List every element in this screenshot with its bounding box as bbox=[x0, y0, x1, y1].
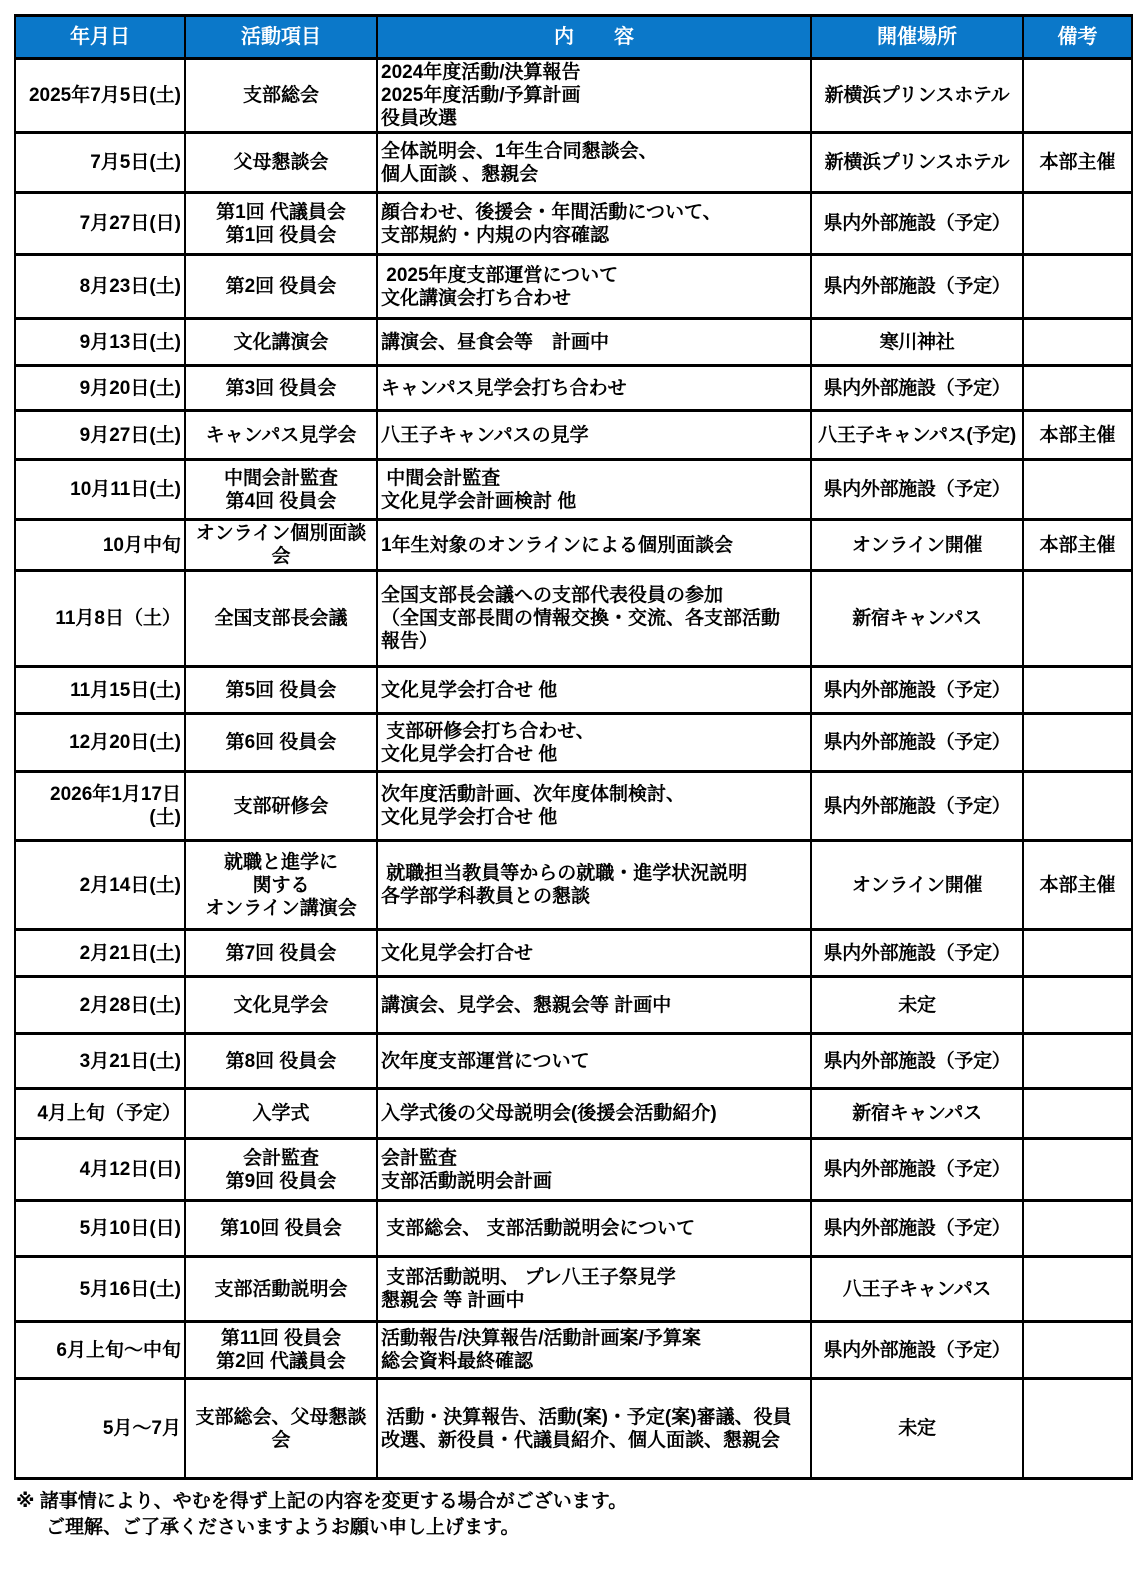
date-cell: 10月中旬 bbox=[15, 520, 185, 571]
activity-cell: 第10回 役員会 bbox=[185, 1201, 377, 1257]
table-row: 5月16日(土)支部活動説明会 支部活動説明、 プレ八王子祭見学 懇親会 等 計… bbox=[15, 1257, 1132, 1322]
content-cell: 講演会、昼食会等 計画中 bbox=[377, 319, 811, 366]
note-cell: 本部主催 bbox=[1023, 133, 1132, 193]
venue-cell: 県内外部施設（予定） bbox=[811, 1139, 1023, 1201]
note-cell bbox=[1023, 714, 1132, 772]
note-cell bbox=[1023, 667, 1132, 714]
note-cell bbox=[1023, 1379, 1132, 1479]
note-cell bbox=[1023, 1257, 1132, 1322]
content-cell: 講演会、見学会、懇親会等 計画中 bbox=[377, 977, 811, 1034]
date-cell: 3月21日(土) bbox=[15, 1034, 185, 1089]
venue-cell: 県内外部施設（予定） bbox=[811, 1034, 1023, 1089]
activity-cell: 支部研修会 bbox=[185, 772, 377, 841]
venue-cell: オンライン開催 bbox=[811, 520, 1023, 571]
venue-cell: オンライン開催 bbox=[811, 841, 1023, 930]
col-header-note: 備考 bbox=[1023, 16, 1132, 59]
venue-cell: 新横浜プリンスホテル bbox=[811, 133, 1023, 193]
note-cell: 本部主催 bbox=[1023, 411, 1132, 460]
note-cell bbox=[1023, 59, 1132, 133]
venue-cell: 新宿キャンパス bbox=[811, 1089, 1023, 1139]
date-cell: 7月27日(日) bbox=[15, 193, 185, 255]
note-cell bbox=[1023, 772, 1132, 841]
date-cell: 11月15日(土) bbox=[15, 667, 185, 714]
content-cell: 顔合わせ、後援会・年間活動について、 支部規約・内規の内容確認 bbox=[377, 193, 811, 255]
table-row: 9月27日(土)キャンパス見学会八王子キャンパスの見学八王子キャンパス(予定)本… bbox=[15, 411, 1132, 460]
note-cell bbox=[1023, 366, 1132, 411]
activity-cell: オンライン個別面談会 bbox=[185, 520, 377, 571]
date-cell: 6月上旬～中旬 bbox=[15, 1322, 185, 1379]
date-cell: 7月5日(土) bbox=[15, 133, 185, 193]
table-body: 2025年7月5日(土)支部総会2024年度活動/決算報告 2025年度活動/予… bbox=[15, 59, 1132, 1479]
venue-cell: 県内外部施設（予定） bbox=[811, 1201, 1023, 1257]
content-cell: 1年生対象のオンラインによる個別面談会 bbox=[377, 520, 811, 571]
table-row: 2月14日(土)就職と進学に 関する オンライン講演会 就職担当教員等からの就職… bbox=[15, 841, 1132, 930]
venue-cell: 県内外部施設（予定） bbox=[811, 366, 1023, 411]
activity-cell: 父母懇談会 bbox=[185, 133, 377, 193]
table-row: 10月11日(土)中間会計監査 第4回 役員会 中間会計監査 文化見学会計画検討… bbox=[15, 460, 1132, 520]
activity-cell: 就職と進学に 関する オンライン講演会 bbox=[185, 841, 377, 930]
activity-cell: 第7回 役員会 bbox=[185, 930, 377, 977]
table-row: 3月21日(土)第8回 役員会次年度支部運営について県内外部施設（予定） bbox=[15, 1034, 1132, 1089]
content-cell: 2025年度支部運営について 文化講演会打ち合わせ bbox=[377, 255, 811, 319]
activity-cell: 第5回 役員会 bbox=[185, 667, 377, 714]
schedule-document: 年月日活動項目内 容開催場所備考 2025年7月5日(土)支部総会2024年度活… bbox=[0, 0, 1145, 1591]
venue-cell: 県内外部施設（予定） bbox=[811, 193, 1023, 255]
date-cell: 2月21日(土) bbox=[15, 930, 185, 977]
content-cell: 活動報告/決算報告/活動計画案/予算案 総会資料最終確認 bbox=[377, 1322, 811, 1379]
date-cell: 5月16日(土) bbox=[15, 1257, 185, 1322]
activity-cell: 文化見学会 bbox=[185, 977, 377, 1034]
table-row: 10月中旬オンライン個別面談会1年生対象のオンラインによる個別面談会オンライン開… bbox=[15, 520, 1132, 571]
note-cell bbox=[1023, 193, 1132, 255]
col-header-date: 年月日 bbox=[15, 16, 185, 59]
content-cell: 支部研修会打ち合わせ、 文化見学会打合せ 他 bbox=[377, 714, 811, 772]
footnote-line-1: ※ 諸事情により、やむを得ず上記の内容を変更する場合がございます。 bbox=[16, 1489, 1145, 1515]
activity-cell: 文化講演会 bbox=[185, 319, 377, 366]
table-row: 11月15日(土)第5回 役員会文化見学会打合せ 他県内外部施設（予定） bbox=[15, 667, 1132, 714]
activity-cell: 第1回 代議員会 第1回 役員会 bbox=[185, 193, 377, 255]
date-cell: 11月8日（土） bbox=[15, 571, 185, 667]
date-cell: 2025年7月5日(土) bbox=[15, 59, 185, 133]
col-header-content: 内 容 bbox=[377, 16, 811, 59]
date-cell: 10月11日(土) bbox=[15, 460, 185, 520]
table-row: 8月23日(土)第2回 役員会 2025年度支部運営について 文化講演会打ち合わ… bbox=[15, 255, 1132, 319]
venue-cell: 八王子キャンパス(予定) bbox=[811, 411, 1023, 460]
table-row: 5月～7月支部総会、父母懇談 会 活動・決算報告、活動(案)・予定(案)審議、役… bbox=[15, 1379, 1132, 1479]
activity-cell: 第8回 役員会 bbox=[185, 1034, 377, 1089]
content-cell: 会計監査 支部活動説明会計画 bbox=[377, 1139, 811, 1201]
table-row: 12月20日(土)第6回 役員会 支部研修会打ち合わせ、 文化見学会打合せ 他県… bbox=[15, 714, 1132, 772]
note-cell bbox=[1023, 930, 1132, 977]
activity-cell: 第2回 役員会 bbox=[185, 255, 377, 319]
venue-cell: 県内外部施設（予定） bbox=[811, 255, 1023, 319]
table-row: 5月10日(日)第10回 役員会 支部総会、 支部活動説明会について県内外部施設… bbox=[15, 1201, 1132, 1257]
content-cell: キャンパス見学会打ち合わせ bbox=[377, 366, 811, 411]
content-cell: 全体説明会、1年生合同懇談会、 個人面談 、懇親会 bbox=[377, 133, 811, 193]
venue-cell: 県内外部施設（予定） bbox=[811, 714, 1023, 772]
content-cell: 次年度支部運営について bbox=[377, 1034, 811, 1089]
content-cell: 活動・決算報告、活動(案)・予定(案)審議、役員 改選、新役員・代議員紹介、個人… bbox=[377, 1379, 811, 1479]
date-cell: 2月14日(土) bbox=[15, 841, 185, 930]
date-cell: 2026年1月17日(土) bbox=[15, 772, 185, 841]
activity-cell: 第3回 役員会 bbox=[185, 366, 377, 411]
date-cell: 5月10日(日) bbox=[15, 1201, 185, 1257]
note-cell: 本部主催 bbox=[1023, 520, 1132, 571]
date-cell: 9月13日(土) bbox=[15, 319, 185, 366]
venue-cell: 県内外部施設（予定） bbox=[811, 667, 1023, 714]
col-header-venue: 開催場所 bbox=[811, 16, 1023, 59]
activity-cell: 第6回 役員会 bbox=[185, 714, 377, 772]
venue-cell: 県内外部施設（予定） bbox=[811, 1322, 1023, 1379]
activity-schedule-table: 年月日活動項目内 容開催場所備考 2025年7月5日(土)支部総会2024年度活… bbox=[14, 14, 1133, 1480]
note-cell bbox=[1023, 571, 1132, 667]
note-cell bbox=[1023, 1089, 1132, 1139]
note-cell: 本部主催 bbox=[1023, 841, 1132, 930]
table-row: 2026年1月17日(土)支部研修会次年度活動計画、次年度体制検討、 文化見学会… bbox=[15, 772, 1132, 841]
activity-cell: 支部総会 bbox=[185, 59, 377, 133]
venue-cell: 県内外部施設（予定） bbox=[811, 930, 1023, 977]
note-cell bbox=[1023, 1322, 1132, 1379]
note-cell bbox=[1023, 319, 1132, 366]
activity-cell: 支部総会、父母懇談 会 bbox=[185, 1379, 377, 1479]
venue-cell: 寒川神社 bbox=[811, 319, 1023, 366]
content-cell: 支部総会、 支部活動説明会について bbox=[377, 1201, 811, 1257]
table-row: 2月21日(土)第7回 役員会文化見学会打合せ県内外部施設（予定） bbox=[15, 930, 1132, 977]
venue-cell: 八王子キャンパス bbox=[811, 1257, 1023, 1322]
table-row: 6月上旬～中旬第11回 役員会 第2回 代議員会活動報告/決算報告/活動計画案/… bbox=[15, 1322, 1132, 1379]
date-cell: 9月27日(土) bbox=[15, 411, 185, 460]
date-cell: 9月20日(土) bbox=[15, 366, 185, 411]
venue-cell: 未定 bbox=[811, 1379, 1023, 1479]
col-header-activity: 活動項目 bbox=[185, 16, 377, 59]
venue-cell: 県内外部施設（予定） bbox=[811, 460, 1023, 520]
date-cell: 12月20日(土) bbox=[15, 714, 185, 772]
footnote-line-2: ご理解、ご了承くださいますようお願い申し上げます。 bbox=[46, 1515, 1145, 1541]
content-cell: 支部活動説明、 プレ八王子祭見学 懇親会 等 計画中 bbox=[377, 1257, 811, 1322]
venue-cell: 新横浜プリンスホテル bbox=[811, 59, 1023, 133]
activity-cell: 全国支部長会議 bbox=[185, 571, 377, 667]
table-row: 9月20日(土)第3回 役員会キャンパス見学会打ち合わせ県内外部施設（予定） bbox=[15, 366, 1132, 411]
content-cell: 入学式後の父母説明会(後援会活動紹介) bbox=[377, 1089, 811, 1139]
note-cell bbox=[1023, 1034, 1132, 1089]
content-cell: 中間会計監査 文化見学会計画検討 他 bbox=[377, 460, 811, 520]
activity-cell: 中間会計監査 第4回 役員会 bbox=[185, 460, 377, 520]
date-cell: 5月～7月 bbox=[15, 1379, 185, 1479]
content-cell: 文化見学会打合せ bbox=[377, 930, 811, 977]
content-cell: 次年度活動計画、次年度体制検討、 文化見学会打合せ 他 bbox=[377, 772, 811, 841]
date-cell: 4月上旬（予定） bbox=[15, 1089, 185, 1139]
date-cell: 8月23日(土) bbox=[15, 255, 185, 319]
content-cell: 八王子キャンパスの見学 bbox=[377, 411, 811, 460]
content-cell: 就職担当教員等からの就職・進学状況説明 各学部学科教員との懇談 bbox=[377, 841, 811, 930]
content-cell: 全国支部長会議への支部代表役員の参加 （全国支部長間の情報交換・交流、各支部活動… bbox=[377, 571, 811, 667]
venue-cell: 未定 bbox=[811, 977, 1023, 1034]
table-row: 4月12日(日)会計監査 第9回 役員会会計監査 支部活動説明会計画県内外部施設… bbox=[15, 1139, 1132, 1201]
venue-cell: 県内外部施設（予定） bbox=[811, 772, 1023, 841]
date-cell: 4月12日(日) bbox=[15, 1139, 185, 1201]
note-cell bbox=[1023, 1201, 1132, 1257]
activity-cell: 入学式 bbox=[185, 1089, 377, 1139]
activity-cell: 会計監査 第9回 役員会 bbox=[185, 1139, 377, 1201]
table-header: 年月日活動項目内 容開催場所備考 bbox=[15, 16, 1132, 59]
activity-cell: 支部活動説明会 bbox=[185, 1257, 377, 1322]
activity-cell: 第11回 役員会 第2回 代議員会 bbox=[185, 1322, 377, 1379]
table-row: 4月上旬（予定）入学式入学式後の父母説明会(後援会活動紹介)新宿キャンパス bbox=[15, 1089, 1132, 1139]
table-row: 9月13日(土)文化講演会講演会、昼食会等 計画中寒川神社 bbox=[15, 319, 1132, 366]
activity-cell: キャンパス見学会 bbox=[185, 411, 377, 460]
note-cell bbox=[1023, 1139, 1132, 1201]
table-row: 7月5日(土)父母懇談会全体説明会、1年生合同懇談会、 個人面談 、懇親会新横浜… bbox=[15, 133, 1132, 193]
table-row: 7月27日(日)第1回 代議員会 第1回 役員会顔合わせ、後援会・年間活動につい… bbox=[15, 193, 1132, 255]
note-cell bbox=[1023, 977, 1132, 1034]
table-row: 11月8日（土）全国支部長会議全国支部長会議への支部代表役員の参加 （全国支部長… bbox=[15, 571, 1132, 667]
date-cell: 2月28日(土) bbox=[15, 977, 185, 1034]
table-row: 2月28日(土)文化見学会講演会、見学会、懇親会等 計画中未定 bbox=[15, 977, 1132, 1034]
table-row: 2025年7月5日(土)支部総会2024年度活動/決算報告 2025年度活動/予… bbox=[15, 59, 1132, 133]
note-cell bbox=[1023, 460, 1132, 520]
footnote: ※ 諸事情により、やむを得ず上記の内容を変更する場合がございます。 ご理解、ご了… bbox=[14, 1489, 1145, 1541]
header-row: 年月日活動項目内 容開催場所備考 bbox=[15, 16, 1132, 59]
note-cell bbox=[1023, 255, 1132, 319]
content-cell: 文化見学会打合せ 他 bbox=[377, 667, 811, 714]
content-cell: 2024年度活動/決算報告 2025年度活動/予算計画 役員改選 bbox=[377, 59, 811, 133]
venue-cell: 新宿キャンパス bbox=[811, 571, 1023, 667]
